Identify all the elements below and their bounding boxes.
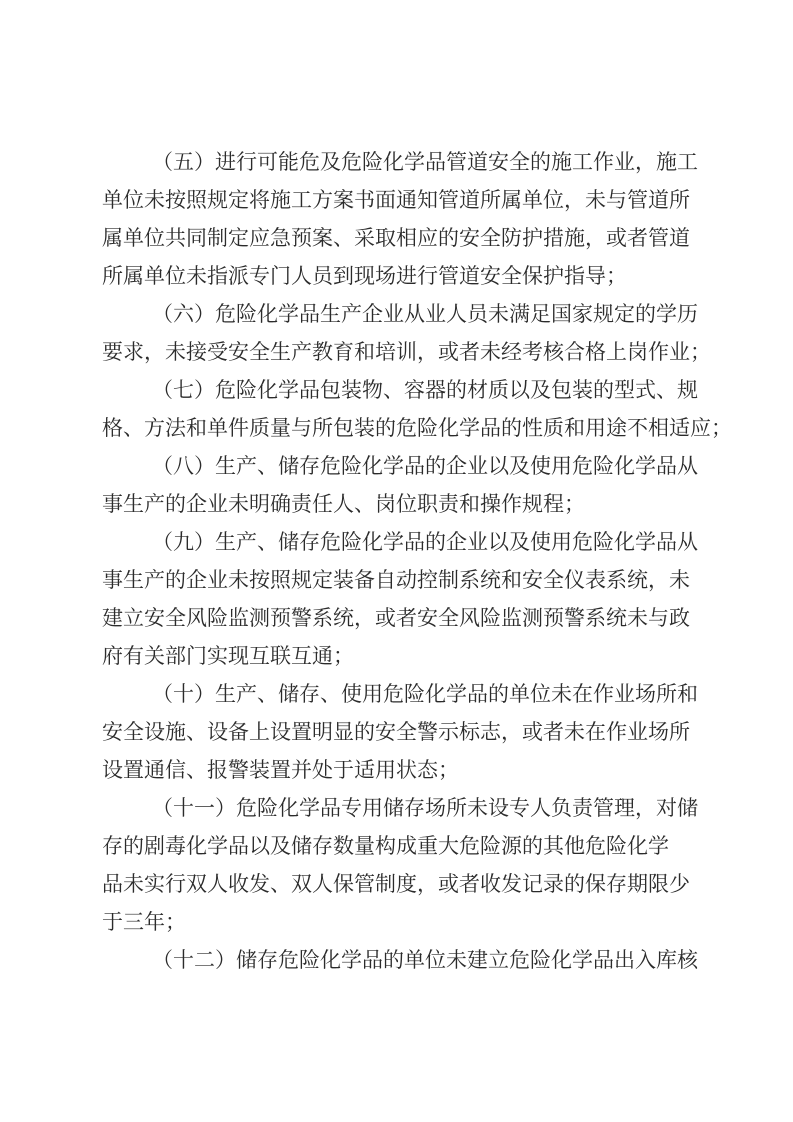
text-line: （八）生产、储存危险化学品的企业以及使用危险化学品从 — [102, 447, 692, 485]
paragraph-item-十二: （十二）储存危险化学品的单位未建立危险化学品出入库核 — [102, 941, 692, 979]
text-line: （十一）危险化学品专用储存场所未设专人负责管理，对储 — [102, 789, 692, 827]
text-line: 设置通信、报警装置并处于适用状态； — [102, 751, 692, 789]
text-line: 格、方法和单件质量与所包装的危险化学品的性质和用途不相适应； — [102, 409, 692, 447]
text-line: 要求，未接受安全生产教育和培训，或者未经考核合格上岗作业； — [102, 333, 692, 371]
text-line: 存的剧毒化学品以及储存数量构成重大危险源的其他危险化学 — [102, 827, 692, 865]
text-line: （九）生产、储存危险化学品的企业以及使用危险化学品从 — [102, 523, 692, 561]
text-line: 品未实行双人收发、双人保管制度，或者收发记录的保存期限少 — [102, 865, 692, 903]
text-line: （十二）储存危险化学品的单位未建立危险化学品出入库核 — [102, 941, 692, 979]
text-line: 府有关部门实现互联互通； — [102, 637, 692, 675]
paragraph-item-六: （六）危险化学品生产企业从业人员未满足国家规定的学历要求，未接受安全生产教育和培… — [102, 295, 692, 371]
text-line: 属单位共同制定应急预案、采取相应的安全防护措施，或者管道 — [102, 219, 692, 257]
document-page: （五）进行可能危及危险化学品管道安全的施工作业，施工单位未按照规定将施工方案书面… — [0, 0, 793, 1122]
text-line: （六）危险化学品生产企业从业人员未满足国家规定的学历 — [102, 295, 692, 333]
text-line: （十）生产、储存、使用危险化学品的单位未在作业场所和 — [102, 675, 692, 713]
text-line: （七）危险化学品包装物、容器的材质以及包装的型式、规 — [102, 371, 692, 409]
text-line: 于三年； — [102, 903, 692, 941]
document-body: （五）进行可能危及危险化学品管道安全的施工作业，施工单位未按照规定将施工方案书面… — [102, 143, 692, 979]
paragraph-item-十一: （十一）危险化学品专用储存场所未设专人负责管理，对储存的剧毒化学品以及储存数量构… — [102, 789, 692, 941]
paragraph-item-五: （五）进行可能危及危险化学品管道安全的施工作业，施工单位未按照规定将施工方案书面… — [102, 143, 692, 295]
paragraph-item-八: （八）生产、储存危险化学品的企业以及使用危险化学品从事生产的企业未明确责任人、岗… — [102, 447, 692, 523]
paragraph-item-九: （九）生产、储存危险化学品的企业以及使用危险化学品从事生产的企业未按照规定装备自… — [102, 523, 692, 675]
text-line: 事生产的企业未按照规定装备自动控制系统和安全仪表系统，未 — [102, 561, 692, 599]
text-line: 建立安全风险监测预警系统，或者安全风险监测预警系统未与政 — [102, 599, 692, 637]
text-line: （五）进行可能危及危险化学品管道安全的施工作业，施工 — [102, 143, 692, 181]
text-line: 事生产的企业未明确责任人、岗位职责和操作规程； — [102, 485, 692, 523]
text-line: 所属单位未指派专门人员到现场进行管道安全保护指导； — [102, 257, 692, 295]
paragraph-item-七: （七）危险化学品包装物、容器的材质以及包装的型式、规格、方法和单件质量与所包装的… — [102, 371, 692, 447]
paragraph-item-十: （十）生产、储存、使用危险化学品的单位未在作业场所和安全设施、设备上设置明显的安… — [102, 675, 692, 789]
text-line: 单位未按照规定将施工方案书面通知管道所属单位，未与管道所 — [102, 181, 692, 219]
text-line: 安全设施、设备上设置明显的安全警示标志，或者未在作业场所 — [102, 713, 692, 751]
